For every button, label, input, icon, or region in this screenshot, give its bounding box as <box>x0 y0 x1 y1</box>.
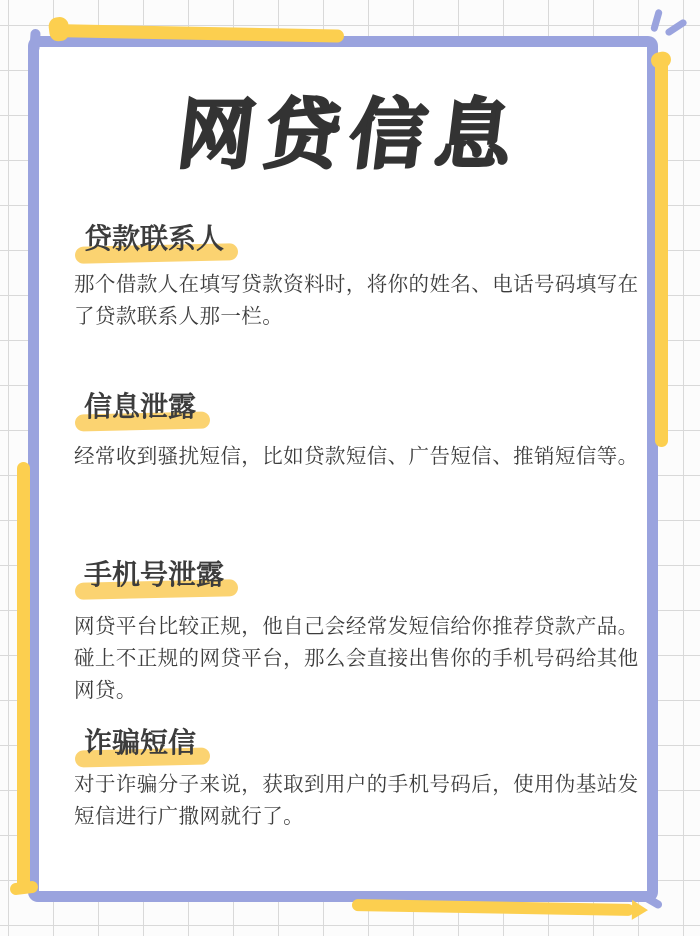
heading-loan-contact: 贷款联系人 <box>84 222 224 256</box>
heading-phone-leak: 手机号泄露 <box>84 558 224 592</box>
body-line: 网贷平台比较正规，他自己会经常发短信给你推荐贷款产品。 <box>74 611 639 643</box>
body-loan-contact: 那个借款人在填写贷款资料时，将你的姓名、电话号码填写在 了贷款联系人那一栏。 <box>74 269 639 333</box>
body-line: 网贷。 <box>74 675 639 707</box>
body-phone-leak: 网贷平台比较正规，他自己会经常发短信给你推荐贷款产品。 碰上不正规的网贷平台，那… <box>74 611 639 707</box>
body-line: 了贷款联系人那一栏。 <box>74 301 639 333</box>
frame-accent-left-stroke <box>17 462 30 890</box>
heading-text: 手机号泄露 <box>84 559 224 590</box>
body-line: 对于诈骗分子来说，获取到用户的手机号码后，使用伪基站发 <box>74 769 639 801</box>
body-scam-sms: 对于诈骗分子来说，获取到用户的手机号码后，使用伪基站发 短信进行广撒网就行了。 <box>74 769 639 833</box>
heading-text: 贷款联系人 <box>84 223 224 254</box>
sparkle-dash-icon <box>650 8 663 32</box>
heading-scam-sms: 诈骗短信 <box>84 726 196 760</box>
poster-page: 网贷信息 贷款联系人 那个借款人在填写贷款资料时，将你的姓名、电话号码填写在 了… <box>0 0 700 936</box>
body-line: 碰上不正规的网贷平台，那么会直接出售你的手机号码给其他 <box>74 643 639 675</box>
body-line: 经常收到骚扰短信，比如贷款短信、广告短信、推销短信等。 <box>74 441 639 473</box>
sparkle-dash-icon <box>664 18 688 37</box>
poster-title: 网贷信息 <box>0 86 700 186</box>
body-line: 短信进行广撒网就行了。 <box>74 801 639 833</box>
body-info-leak: 经常收到骚扰短信，比如贷款短信、广告短信、推销短信等。 <box>74 441 639 473</box>
heading-text: 诈骗短信 <box>84 727 196 758</box>
body-line: 那个借款人在填写贷款资料时，将你的姓名、电话号码填写在 <box>74 269 639 301</box>
heading-text: 信息泄露 <box>84 391 196 422</box>
heading-info-leak: 信息泄露 <box>84 390 196 424</box>
